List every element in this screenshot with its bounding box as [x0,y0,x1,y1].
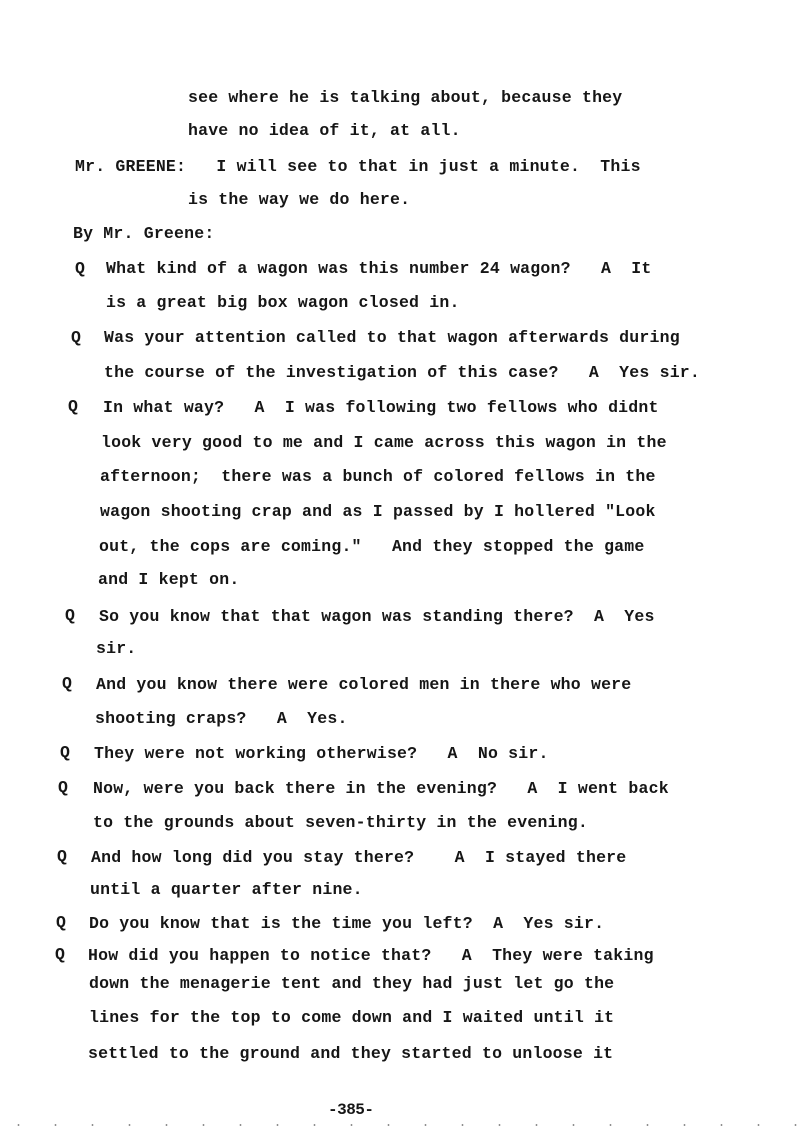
transcript-line: wagon shooting crap and as I passed by I… [100,502,656,522]
transcript-line: see where he is talking about, because t… [188,88,622,108]
transcript-page: see where he is talking about, because t… [0,0,800,1132]
question-marker: Q [55,945,65,965]
question-marker: Q [57,847,67,867]
transcript-line: lines for the top to come down and I wai… [89,1008,614,1028]
question-marker: Q [65,606,75,626]
transcript-line: settled to the ground and they started t… [88,1044,613,1064]
question-marker: Q [71,328,81,348]
question-line: Do you know that is the time you left? A… [89,914,604,934]
transcript-line: look very good to me and I came across t… [101,433,667,453]
transcript-line: have no idea of it, at all. [188,121,461,141]
question-marker: Q [75,259,85,279]
transcript-line: and I kept on. [98,570,239,590]
question-marker: Q [58,778,68,798]
question-line: How did you happen to notice that? A The… [88,946,654,966]
scan-artifact-dots [0,1124,800,1126]
transcript-line: down the menagerie tent and they had jus… [89,974,614,994]
transcript-line: afternoon; there was a bunch of colored … [100,467,656,487]
transcript-line: is a great big box wagon closed in. [106,293,460,313]
question-line: In what way? A I was following two fello… [103,398,659,418]
question-line: And how long did you stay there? A I sta… [91,848,626,868]
transcript-line: is the way we do here. [188,190,410,210]
question-marker: Q [60,743,70,763]
question-line: What kind of a wagon was this number 24 … [106,259,652,279]
transcript-line: sir. [96,639,136,659]
transcript-line: out, the cops are coming." And they stop… [99,537,645,557]
question-line: Now, were you back there in the evening?… [93,779,669,799]
question-marker: Q [62,674,72,694]
transcript-line: to the grounds about seven-thirty in the… [93,813,588,833]
transcript-line: until a quarter after nine. [90,880,363,900]
question-line: Was your attention called to that wagon … [104,328,680,348]
question-marker: Q [56,913,66,933]
page-number: -385- [328,1101,374,1119]
question-marker: Q [68,397,78,417]
transcript-line: shooting craps? A Yes. [95,709,348,729]
speaker-line: Mr. GREENE: I will see to that in just a… [75,157,641,177]
question-line: They were not working otherwise? A No si… [94,744,549,764]
question-line: And you know there were colored men in t… [96,675,631,695]
transcript-line: the course of the investigation of this … [104,363,700,383]
examination-heading: By Mr. Greene: [73,224,214,244]
question-line: So you know that that wagon was standing… [99,607,655,627]
